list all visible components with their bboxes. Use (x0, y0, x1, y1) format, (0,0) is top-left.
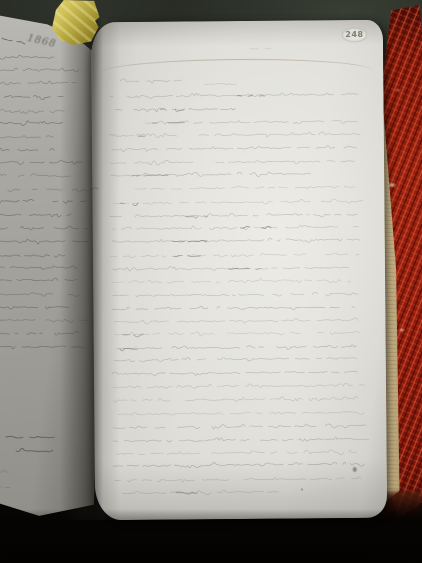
heading-rule-line (99, 58, 373, 73)
ink-speck (353, 467, 357, 472)
left-page-header-fragment: 1868 (26, 33, 57, 50)
left-page: 1868 (0, 8, 103, 520)
page-number-stamp: 248 (342, 28, 367, 42)
right-page: 248 (91, 20, 387, 521)
ink-speck (301, 488, 303, 490)
photo-scene: 1868 248 (0, 0, 422, 563)
